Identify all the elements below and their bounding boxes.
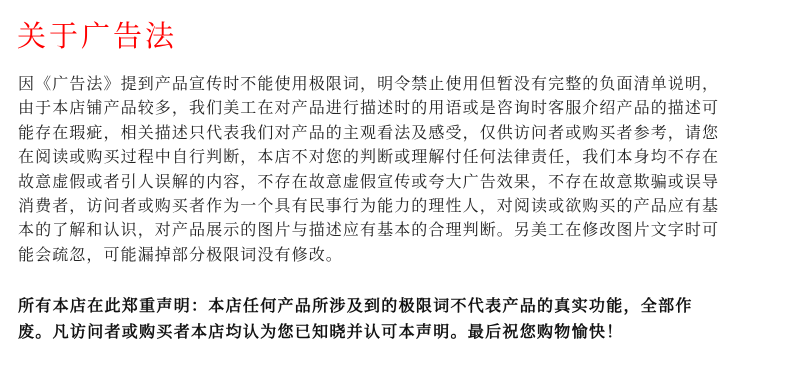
disclaimer-line: 在阅读或购买过程中自行判断，本店不对您的判断或理解付任何法律责任，我们本身均不存… <box>18 145 788 169</box>
disclaimer-line: 消费者，访问者或购买者作为一个具有民事行为能力的理性人，对阅读或欲购买的产品应有… <box>18 194 788 218</box>
solemn-statement-paragraph: 所有本店在此郑重声明：本店任何产品所涉及到的极限词不代表产品的真实功能，全部作 … <box>18 293 788 345</box>
statement-line: 废。凡访问者或购买者本店均认为您已知晓并认可本声明。最后祝您购物愉快！ <box>18 319 788 345</box>
disclaimer-line: 由于本店铺产品较多，我们美工在对产品进行描述时的用语或是咨询时客服介绍产品的描述… <box>18 96 788 120</box>
disclaimer-line: 能会疏忽，可能漏掉部分极限词没有修改。 <box>18 243 788 267</box>
statement-line: 所有本店在此郑重声明：本店任何产品所涉及到的极限词不代表产品的真实功能，全部作 <box>18 293 788 319</box>
disclaimer-line: 因《广告法》提到产品宣传时不能使用极限词，明令禁止使用但暂没有完整的负面清单说明… <box>18 72 788 96</box>
disclaimer-line: 故意虚假或者引人误解的内容，不存在故意虚假宣传或夸大广告效果，不存在故意欺骗或误… <box>18 170 788 194</box>
page-title: 关于广告法 <box>17 18 177 54</box>
disclaimer-paragraph: 因《广告法》提到产品宣传时不能使用极限词，明令禁止使用但暂没有完整的负面清单说明… <box>18 72 788 267</box>
disclaimer-line: 本的了解和认识，对产品展示的图片与描述应有基本的合理判断。另美工在修改图片文字时… <box>18 218 788 242</box>
disclaimer-line: 能存在瑕疵，相关描述只代表我们对产品的主观看法及感受，仅供访问者或购买者参考，请… <box>18 121 788 145</box>
